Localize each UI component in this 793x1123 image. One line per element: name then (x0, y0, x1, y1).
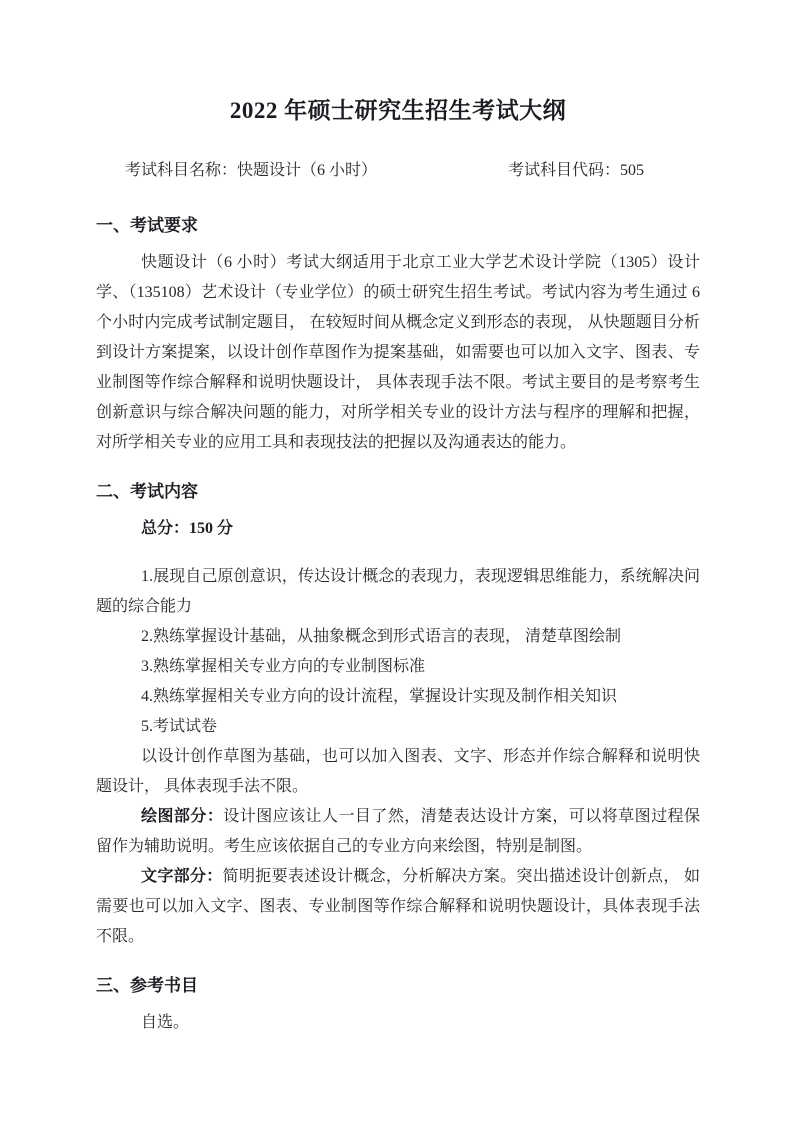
requirements-paragraph: 快题设计（6 小时）考试大纲适用于北京工业大学艺术设计学院（1305）设计学、（… (96, 248, 700, 458)
writing-part-paragraph: 文字部分：简明扼要表述设计概念，分析解决方案。突出描述设计创新点， 如需要也可以… (96, 862, 700, 952)
total-score-line: 总分：150 分 (96, 514, 700, 544)
content-item-1: 1.展现自己原创意识，传达设计概念的表现力，表现逻辑思维能力，系统解决问题的综合… (96, 562, 700, 622)
exam-paper-paragraph: 以设计创作草图为基础，也可以加入图表、文字、形态并作综合解释和说明快题设计， 具… (96, 742, 700, 802)
page-title: 2022 年硕士研究生招生考试大纲 (96, 96, 700, 126)
content-item-4: 4.熟练掌握相关专业方向的设计流程，掌握设计实现及制作相关知识 (96, 682, 700, 712)
section-heading-content: 二、考试内容 (96, 480, 700, 504)
content-item-5: 5.考试试卷 (96, 712, 700, 742)
document-body: { "doc": { "title": "2022 年硕士研究生招生考试大纲",… (0, 0, 793, 1123)
section-heading-references: 三、参考书目 (96, 974, 700, 998)
drawing-part-label: 绘图部分： (141, 808, 223, 825)
references-paragraph: 自选。 (96, 1008, 700, 1038)
drawing-part-paragraph: 绘图部分：设计图应该让人一目了然，清楚表达设计方案，可以将草图过程保留作为辅助说… (96, 802, 700, 862)
content-item-list: 1.展现自己原创意识，传达设计概念的表现力，表现逻辑思维能力，系统解决问题的综合… (96, 562, 700, 742)
subject-code-label: 考试科目代码：505 (508, 156, 644, 186)
writing-part-label: 文字部分： (141, 868, 223, 885)
subject-name-label: 考试科目名称：快题设计（6 小时） (96, 162, 377, 179)
subject-meta-row: 考试科目名称：快题设计（6 小时） 考试科目代码：505 (96, 156, 700, 186)
content-item-2: 2.熟练掌握设计基础，从抽象概念到形式语言的表现， 清楚草图绘制 (96, 622, 700, 652)
section-heading-requirements: 一、考试要求 (96, 214, 700, 238)
document-page: 2022 年硕士研究生招生考试大纲 考试科目名称：快题设计（6 小时） 考试科目… (0, 0, 793, 1123)
content-item-3: 3.熟练掌握相关专业方向的专业制图标准 (96, 652, 700, 682)
